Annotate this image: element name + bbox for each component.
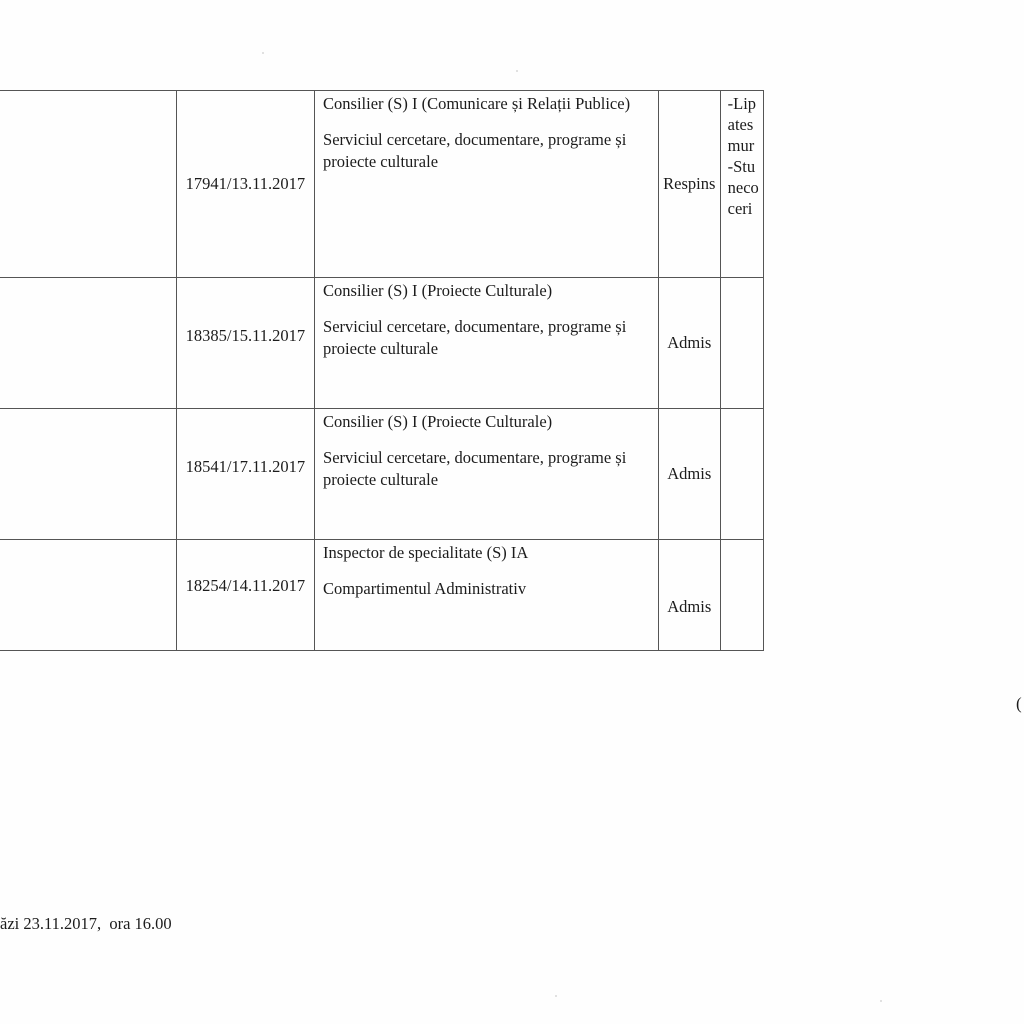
observation-line: -Stu [728, 156, 763, 177]
posting-date: ăzi 23.11.2017, ora 16.00 [0, 914, 172, 934]
post-title: Inspector de specialitate (S) IA [323, 542, 650, 564]
observations-cell [720, 409, 763, 540]
post-department: Compartimentul Administrativ [323, 578, 650, 600]
candidate-name-cell: sca Alexandra-Maria [0, 91, 176, 278]
table-row: ncea Florentina-Isabela 18385/15.11.2017… [0, 278, 764, 409]
registration-number: 18385/15.11.2017 [176, 278, 314, 409]
table-row: scu Alexandra 18254/14.11.2017 Inspector… [0, 540, 764, 651]
table-row: sca Alexandra-Maria 17941/13.11.2017 Con… [0, 91, 764, 278]
registration-number: 17941/13.11.2017 [176, 91, 314, 278]
post-title: Consilier (S) I (Proiecte Culturale) [323, 280, 650, 302]
observation-line: neco [728, 177, 763, 198]
post-title: Consilier (S) I (Proiecte Culturale) [323, 411, 650, 433]
registration-number: 18541/17.11.2017 [176, 409, 314, 540]
results-table: sca Alexandra-Maria 17941/13.11.2017 Con… [0, 90, 764, 651]
post-cell: Consilier (S) I (Proiecte Culturale) Ser… [315, 409, 659, 540]
candidate-name-cell: scu Alexandra [0, 540, 176, 651]
scan-speck [262, 52, 264, 54]
observation-line: mur [728, 135, 763, 156]
candidate-name-cell: hai Gina [0, 409, 176, 540]
observations-cell: -Lip ates mur -Stu neco ceri [720, 91, 763, 278]
status-result: Respins [658, 91, 720, 278]
status-result: Admis [658, 409, 720, 540]
observation-line: -Lip [728, 93, 763, 114]
post-department: Serviciul cercetare, documentare, progra… [323, 316, 650, 360]
table-row: hai Gina 18541/17.11.2017 Consilier (S) … [0, 409, 764, 540]
registration-number: 18254/14.11.2017 [176, 540, 314, 651]
post-department: Serviciul cercetare, documentare, progra… [323, 129, 650, 173]
candidate-name-cell: ncea Florentina-Isabela [0, 278, 176, 409]
cropped-text-fragment: ( [1016, 694, 1022, 714]
observation-line: ceri [728, 198, 763, 219]
status-result: Admis [658, 540, 720, 651]
observations-cell [720, 540, 763, 651]
post-cell: Inspector de specialitate (S) IA Compart… [315, 540, 659, 651]
post-cell: Consilier (S) I (Proiecte Culturale) Ser… [315, 278, 659, 409]
status-result: Admis [658, 278, 720, 409]
post-title: Consilier (S) I (Comunicare și Relații P… [323, 93, 650, 115]
scanned-document-page: sca Alexandra-Maria 17941/13.11.2017 Con… [0, 0, 1024, 1024]
scan-speck [555, 995, 557, 997]
post-department: Serviciul cercetare, documentare, progra… [323, 447, 650, 491]
post-cell: Consilier (S) I (Comunicare și Relații P… [315, 91, 659, 278]
scan-speck [880, 1000, 882, 1002]
scan-speck [516, 70, 518, 72]
observation-line: ates [728, 114, 763, 135]
observations-cell [720, 278, 763, 409]
